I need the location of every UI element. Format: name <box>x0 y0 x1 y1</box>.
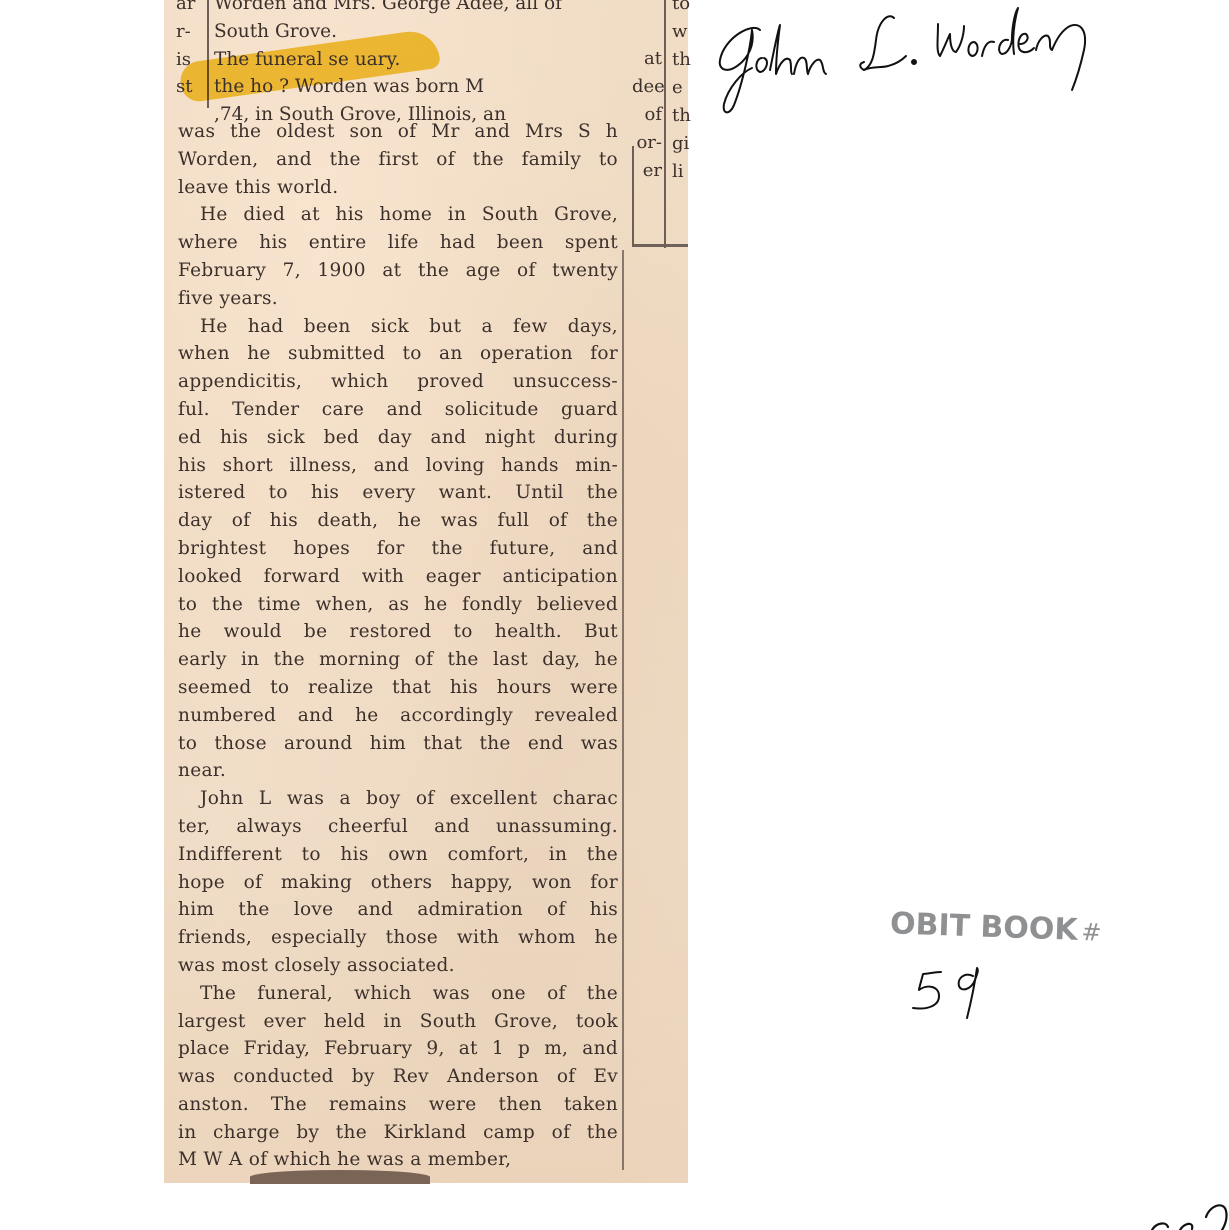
paragraph-line: M W A of which he was a member, <box>178 1146 618 1174</box>
paragraph-line: Indifferent to his own comfort, in the <box>178 841 618 869</box>
paragraph-line: hope of making others happy, won for <box>178 869 618 897</box>
text-line: li <box>672 158 692 186</box>
paragraph-line: early in the morning of the last day, he <box>178 646 618 674</box>
column-rule-right <box>664 0 666 248</box>
handwritten-page-number-icon <box>1140 1195 1229 1230</box>
clipping-underlay-edge <box>632 244 688 247</box>
adjacent-column-right-fragments: atdeeofor-er <box>632 45 662 185</box>
text-line: st <box>176 73 202 101</box>
paragraph-line: in charge by the Kirkland camp of the <box>178 1119 618 1147</box>
handwritten-page-number: 237 <box>1140 1195 1229 1230</box>
paragraph-line: ter, always cheerful and unassuming. <box>178 813 618 841</box>
stamp-hash: # <box>1081 918 1102 947</box>
paragraph-line: place Friday, February 9, at 1 p m, and <box>178 1035 618 1063</box>
text-line: r- <box>176 18 202 46</box>
paragraph-line: his short illness, and loving hands min- <box>178 452 618 480</box>
text-line: th <box>672 102 692 130</box>
paragraph-line: istered to his every want. Until the <box>178 479 618 507</box>
paragraph-line: where his entire life had been spent <box>178 229 618 257</box>
article-header-fragment: Worden and Mrs. George Adee, all ofSouth… <box>214 0 659 129</box>
text-line: to <box>672 0 692 18</box>
text-line: dee <box>632 73 662 101</box>
paragraph-line: when he submitted to an operation for <box>178 340 618 368</box>
handwritten-signature: John L. Worden <box>712 0 1112 120</box>
handwritten-book-number: 59 <box>905 962 995 1026</box>
paragraph-line: to those around him that the end was <box>178 730 618 758</box>
paragraph-line: ful. Tender care and solicitude guard <box>178 396 618 424</box>
paragraph-line: Worden, and the first of the family to <box>178 146 618 174</box>
torn-edge <box>250 1170 430 1184</box>
text-line: or- <box>632 129 662 157</box>
paragraph-line: ed his sick bed day and night during <box>178 424 618 452</box>
obit-book-stamp: OBIT BOOK# <box>889 906 1102 948</box>
adjacent-column-far-right-fragments: towthethgili <box>672 0 692 186</box>
paragraph-line: February 7, 1900 at the age of twenty <box>178 257 618 285</box>
handwritten-59-icon <box>905 962 995 1026</box>
paragraph-line: him the love and admiration of his <box>178 896 618 924</box>
paragraph-line: He had been sick but a few days, <box>178 313 618 341</box>
paragraph-line: he would be restored to health. But <box>178 618 618 646</box>
text-line: w <box>672 18 692 46</box>
text-line: the ho ? Worden was born M <box>214 73 659 101</box>
text-line: er <box>632 157 662 185</box>
adjacent-column-left-fragments: arr-isst <box>176 0 202 101</box>
text-line: South Grove. <box>214 18 659 46</box>
paragraph-line: appendicitis, which proved unsuccess- <box>178 368 618 396</box>
paragraph-line: looked forward with eager anticipation <box>178 563 618 591</box>
paragraph-line: numbered and he accordingly revealed <box>178 702 618 730</box>
text-line: Worden and Mrs. George Adee, all of <box>214 0 659 18</box>
paragraph-line: anston. The remains were then taken <box>178 1091 618 1119</box>
text-line: of <box>632 101 662 129</box>
text-line: The funeral se uary. <box>214 46 659 74</box>
paragraph-line: largest ever held in South Grove, took <box>178 1008 618 1036</box>
paragraph-line: John L was a boy of excellent charac <box>178 785 618 813</box>
column-rule-article-right <box>622 250 624 1170</box>
stamp-label: OBIT BOOK <box>889 906 1078 948</box>
paragraph-line: to the time when, as he fondly believed <box>178 591 618 619</box>
signature-icon <box>712 0 1112 120</box>
paragraph-line: was most closely associated. <box>178 952 618 980</box>
paragraph-line: leave this world. <box>178 174 618 202</box>
paragraph-line: brightest hopes for the future, and <box>178 535 618 563</box>
paragraph-line: seemed to realize that his hours were <box>178 674 618 702</box>
text-line: ar <box>176 0 202 18</box>
paragraph-line: five years. <box>178 285 618 313</box>
paragraph-line: was the oldest son of Mr and Mrs S h <box>178 118 618 146</box>
text-line: at <box>632 45 662 73</box>
text-line: is <box>176 46 202 74</box>
paragraph-line: The funeral, which was one of the <box>178 980 618 1008</box>
paragraph-line: near. <box>178 757 618 785</box>
text-line: gi <box>672 130 692 158</box>
paragraph-line: He died at his home in South Grove, <box>178 201 618 229</box>
text-line: e <box>672 74 692 102</box>
paragraph-line: was conducted by Rev Anderson of Ev <box>178 1063 618 1091</box>
text-line: th <box>672 46 692 74</box>
obituary-body: was the oldest son of Mr and Mrs S hWord… <box>178 118 618 1174</box>
paragraph-line: friends, especially those with whom he <box>178 924 618 952</box>
paragraph-line: day of his death, he was full of the <box>178 507 618 535</box>
